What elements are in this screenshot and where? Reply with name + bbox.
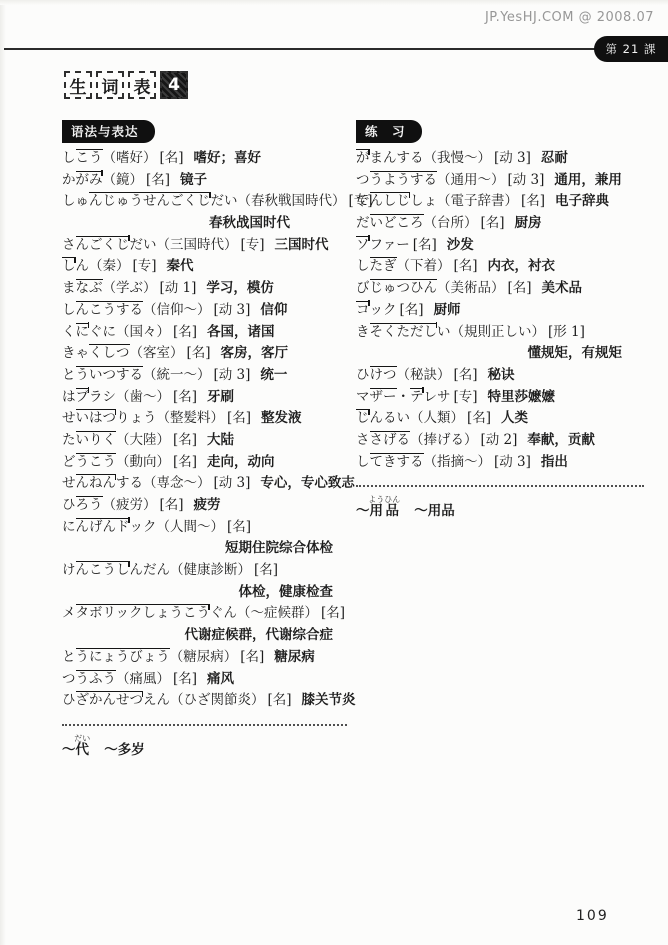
pos-tag: [名] [240, 649, 264, 665]
vocab-entry: ひろう（疲労）[名]疲劳 [62, 495, 347, 517]
vocab-entry: けんこうしんだん（健康診断）[名] [62, 560, 347, 582]
plain-segment: い [437, 324, 451, 341]
reading: きそくただしい [356, 324, 451, 340]
plain-segment: し [62, 302, 76, 319]
plain-segment: つ [356, 172, 370, 189]
pos-tag: [形 1] [548, 324, 585, 340]
accent-segment: んごくじ [76, 236, 130, 254]
meaning: 特里莎嬷嬷 [488, 389, 556, 405]
pos-tag: [名] [268, 692, 292, 708]
meaning: 走向，动向 [207, 454, 275, 470]
reading: じんるい [356, 410, 410, 426]
pos-tag: [动 3] [214, 367, 251, 383]
vocab-entry: コック[名]厨师 [356, 300, 644, 322]
accent-segment: んこうする [76, 301, 144, 319]
plain-segment: し [62, 150, 76, 167]
pos-tag: [名] [173, 389, 197, 405]
reading: ソファー [356, 237, 410, 253]
plain-segment: まんする [370, 150, 424, 167]
kanji-ref: （美術品） [437, 280, 505, 296]
accent-segment: ザー [370, 388, 397, 406]
pos-tag: [动 3] [494, 454, 531, 470]
reading: きゃくしつ [62, 345, 130, 361]
pos-tag: [名] [467, 410, 491, 426]
kanji-ref: （嗜好） [103, 150, 157, 166]
vocab-entry: でんしじしょ（電子辞書）[名]电子辞典 [356, 191, 644, 213]
kanji-ref: （学ぶ） [103, 280, 157, 296]
vocab-entry: せんねんする（専念～）[动 3]专心，专心致志 [62, 473, 347, 495]
meaning: 统一 [260, 367, 287, 383]
pos-tag: [动 1] [160, 280, 197, 296]
vocab-entry: びじゅつひん（美術品）[名]美术品 [356, 278, 644, 300]
suffix-furigana: ようひん [368, 495, 400, 504]
meaning-continuation: 短期住院综合体检 [62, 538, 347, 560]
meaning: 厨房 [515, 215, 542, 231]
plain-segment: せ [62, 410, 76, 427]
kanji-ref: （疲労） [103, 497, 157, 513]
kanji-ref: （台所） [424, 215, 478, 231]
reading: まなぶ [62, 280, 103, 296]
accent-segment: じ [356, 409, 370, 427]
accent-segment: いどころ [370, 214, 424, 232]
vocab-entry: ひけつ（秘訣）[名]秘诀 [356, 365, 644, 387]
kanji-ref: （歯～） [116, 389, 170, 405]
kanji-ref: （人間～） [157, 519, 225, 535]
plain-segment: と [62, 367, 76, 384]
plain-segment: に [62, 519, 76, 536]
pos-tag: [名] [173, 454, 197, 470]
suffix-entry: ～用品ようひん～用品 [356, 495, 644, 521]
accent-segment: がみ [76, 171, 103, 189]
vocab-entry: つうふう（痛風）[名]痛风 [62, 669, 347, 691]
pos-tag: [名] [481, 215, 505, 231]
meaning: 信仰 [260, 302, 287, 318]
meaning: 忍耐 [541, 150, 568, 166]
title-char: 词 [96, 71, 124, 99]
vocab-entry: しゅんじゅうせんごくじだい（春秋戦国時代）[专] [62, 191, 347, 213]
plain-segment: び [356, 280, 370, 297]
kanji-ref: （捧げる） [410, 432, 478, 448]
reading: どうこう [62, 454, 116, 470]
meaning: 代谢症候群，代谢综合症 [185, 627, 334, 643]
accent-segment: ソ [356, 236, 370, 254]
meaning: 各国，诸国 [207, 324, 275, 340]
vocab-entry: メタボリックしょうこうぐん（～症候群）[名] [62, 603, 347, 625]
scanned-textbook-page: JP.YesHJ.COM @ 2008.07 第 21 課 生词表4 语法与表达… [0, 0, 668, 945]
meaning-continuation: 春秋战国时代 [62, 213, 347, 235]
kanji-ref: （整髪料） [157, 410, 225, 426]
meaning: 镜子 [180, 172, 207, 188]
kanji-ref: （下着） [397, 258, 451, 274]
meaning: 指出 [541, 454, 568, 470]
suffix-meaning: ～用品 [414, 503, 455, 519]
accent-segment: うようする [370, 171, 438, 189]
plain-segment: ぐん [210, 605, 237, 622]
reading: とうにょうびょう [62, 649, 170, 665]
plain-segment: つ [62, 671, 76, 688]
plain-segment: ひ [62, 692, 76, 709]
reading: メタボリックしょうこうぐん [62, 605, 237, 621]
reading: でんしじしょ [356, 193, 437, 209]
meaning: 沙发 [447, 237, 474, 253]
pos-tag: [动 3] [214, 475, 251, 491]
meaning: 春秋战国时代 [209, 215, 290, 231]
lesson-tab: 第 21 課 [594, 36, 668, 62]
plain-segment: しゅ [62, 193, 89, 210]
section-header-practice: 练 习 [356, 120, 422, 143]
plain-segment: りょう [116, 410, 157, 427]
column-practice: 练 习 がまんする（我慢～）[动 3]忍耐つうようする（通用～）[动 3]通用，… [356, 120, 644, 521]
accent-segment: コ [356, 301, 370, 319]
reading: がまんする [356, 150, 424, 166]
watermark: JP.YesHJ.COM @ 2008.07 [485, 10, 654, 25]
vocab-entry: たいりく（大陸）[名]大陆 [62, 430, 347, 452]
vocab-entry: きゃくしつ（客室）[名]客房，客厅 [62, 343, 347, 365]
kanji-ref: （専念～） [143, 475, 211, 491]
page-title: 生词表4 [64, 71, 188, 99]
plain-segment: しょ [410, 193, 437, 210]
pos-tag: [名] [321, 605, 345, 621]
plain-segment: マ [356, 389, 370, 406]
accent-segment: テ [410, 388, 424, 406]
plain-segment: け [62, 562, 76, 579]
vocab-entry: しんこうする（信仰～）[动 3]信仰 [62, 300, 347, 322]
kanji-ref: （大陸） [116, 432, 170, 448]
vocab-entry: かがみ（鏡）[名]镜子 [62, 170, 347, 192]
pos-tag: [名] [508, 280, 532, 296]
reading: たいりく [62, 432, 116, 448]
plain-segment: メ [62, 605, 76, 622]
kanji-ref: （人類） [410, 410, 464, 426]
kanji-ref: （電子辞書） [437, 193, 518, 209]
plain-segment: レサ [424, 389, 451, 406]
accent-segment: ざかんせつ [76, 691, 144, 709]
plain-segment: は [62, 389, 76, 406]
accent-segment: ういつする [76, 366, 144, 384]
plain-segment: と [62, 649, 76, 666]
plain-segment: た [62, 432, 76, 449]
accent-segment: うふう [76, 670, 117, 688]
kanji-ref: （規則正しい） [451, 324, 546, 340]
meaning: 奉献，贡献 [527, 432, 595, 448]
accent-segment: じゅつひん [370, 279, 438, 297]
title-number-badge: 4 [160, 71, 188, 99]
plain-segment: んだん [130, 562, 171, 579]
pos-tag: [名] [160, 497, 184, 513]
accent-segment: けつ [370, 366, 397, 384]
vocab-entry: ささげる（捧げる）[动 2]奉献，贡献 [356, 430, 644, 452]
plain-segment: だ [356, 215, 370, 232]
reading: つうふう [62, 671, 116, 687]
scan-top-shade [0, 0, 668, 5]
vocab-entry: はブラシ（歯～）[名]牙刷 [62, 387, 347, 409]
accent-segment: ろう [76, 496, 103, 514]
reading: つうようする [356, 172, 437, 188]
reading: ひけつ [356, 367, 397, 383]
pos-tag: [专] [241, 237, 265, 253]
dotted-line [356, 485, 644, 487]
reading: だいどころ [356, 215, 424, 231]
column-grammar: 语法与表达 しこう（嗜好）[名]嗜好；喜好かがみ（鏡）[名]镜子しゅんじゅうせん… [62, 120, 347, 760]
pos-tag: [名] [454, 367, 478, 383]
vocab-entry: さんごくじだい（三国時代）[专]三国时代 [62, 235, 347, 257]
accent-segment: うにょうびょう [76, 648, 170, 666]
accent-segment: んねん [76, 474, 117, 492]
pos-tag: [名] [173, 432, 197, 448]
plain-segment: ど [62, 454, 76, 471]
reading: さんごくじだい [62, 237, 157, 253]
pos-tag: [动 3] [494, 150, 531, 166]
pos-tag: [名] [454, 258, 478, 274]
kanji-ref: （通用～） [437, 172, 505, 188]
kanji-ref: （～症候群） [237, 605, 318, 621]
plain-segment: する [116, 475, 143, 492]
pos-tag: [动 3] [508, 172, 545, 188]
meaning: 糖尿病 [274, 649, 315, 665]
kanji-ref: （統一～） [143, 367, 211, 383]
meaning: 厨师 [434, 302, 461, 318]
pos-tag: [名] [187, 345, 211, 361]
plain-segment: ん [76, 258, 90, 275]
kanji-ref: （健康診断） [170, 562, 251, 578]
dotted-line [62, 724, 347, 726]
vocab-entry: まなぶ（学ぶ）[动 1]学习，模仿 [62, 278, 347, 300]
vocab-entry: してきする（指摘～）[动 3]指出 [356, 452, 644, 474]
pos-tag: [名] [146, 172, 170, 188]
accent-segment: いりく [76, 431, 117, 449]
title-char: 生 [64, 71, 92, 99]
accent-segment: タボリックしょうこう [76, 604, 210, 622]
meaning: 秘诀 [488, 367, 515, 383]
meaning: 专心，专心致志 [260, 475, 355, 491]
plain-segment: きゃ [62, 345, 89, 362]
kanji-ref: （我慢～） [424, 150, 492, 166]
pos-tag: [动 2] [481, 432, 518, 448]
meaning: 痛风 [207, 671, 234, 687]
reading: せいはつりょう [62, 410, 157, 426]
title-char: 表 [128, 71, 156, 99]
vocab-entry: したぎ（下着）[名]内衣，衬衣 [356, 256, 644, 278]
header-rule [4, 48, 644, 50]
pos-tag: [名] [227, 519, 251, 535]
scan-edge-shade [0, 0, 6, 945]
reading: ささげる [356, 432, 410, 448]
pos-tag: [名] [521, 193, 545, 209]
pos-tag: [名] [173, 671, 197, 687]
vocab-entry: とういつする（統一～）[动 3]统一 [62, 365, 347, 387]
meaning: 整发液 [261, 410, 302, 426]
reading: しゅんじゅうせんごくじだい [62, 193, 238, 209]
pos-tag: [名] [413, 237, 437, 253]
page-number: 109 [576, 908, 609, 924]
meaning: 体检，健康检查 [239, 584, 334, 600]
reading: しん [62, 258, 89, 274]
meaning: 秦代 [167, 258, 194, 274]
plain-segment: さ [62, 237, 76, 254]
plain-segment: んるい [370, 410, 411, 427]
accent-segment: いはつ [76, 409, 117, 427]
kanji-ref: （ひざ関節炎） [170, 692, 265, 708]
reading: はブラシ [62, 389, 116, 405]
plain-segment: し [356, 258, 370, 275]
vocab-entry: つうようする（通用～）[动 3]通用，兼用 [356, 170, 644, 192]
plain-segment: だい [130, 237, 157, 254]
accent-segment: んこうし [76, 561, 130, 579]
plain-segment: だい [211, 193, 238, 210]
reading: マザー・テレサ [356, 389, 451, 405]
vocab-entry: だいどころ（台所）[名]厨房 [356, 213, 644, 235]
entry-list-grammar: しこう（嗜好）[名]嗜好；喜好かがみ（鏡）[名]镜子しゅんじゅうせんごくじだい（… [62, 148, 347, 760]
vocab-entry: しこう（嗜好）[名]嗜好；喜好 [62, 148, 347, 170]
plain-segment: か [62, 172, 76, 189]
pos-tag: [名] [227, 410, 251, 426]
meaning-continuation: 懂规矩，有规矩 [356, 343, 644, 365]
accent-segment: てきする [370, 453, 424, 471]
vocab-entry: がまんする（我慢～）[动 3]忍耐 [356, 148, 644, 170]
plain-segment: き [356, 324, 370, 341]
meaning: 大陆 [207, 432, 234, 448]
meaning: 人类 [501, 410, 528, 426]
meaning: 疲劳 [194, 497, 221, 513]
accent-segment: うこう [76, 453, 117, 471]
reading: せんねんする [62, 475, 143, 491]
kanji-ref: （痛風） [116, 671, 170, 687]
dotted-divider [62, 712, 347, 734]
plain-segment: ・ [397, 389, 411, 406]
reading: とういつする [62, 367, 143, 383]
plain-segment: ラシ [89, 389, 116, 406]
kanji-ref: （鏡） [103, 172, 144, 188]
accent-segment: そくただし [370, 323, 438, 341]
plain-segment: ック [370, 302, 397, 319]
reading: けんこうしんだん [62, 562, 170, 578]
accent-segment: んじゅうせんごくじ [89, 192, 211, 210]
vocab-entry: にんげんドック（人間～）[名] [62, 517, 347, 539]
vocab-entry: とうにょうびょう（糖尿病）[名]糖尿病 [62, 647, 347, 669]
suffix-entry: ～代だい～多岁 [62, 734, 347, 760]
dotted-divider [356, 473, 644, 495]
meaning: 通用，兼用 [554, 172, 622, 188]
kanji-ref: （春秋戦国時代） [238, 193, 346, 209]
plain-segment: く [62, 324, 76, 341]
accent-segment: くしつ [89, 344, 130, 362]
plain-segment: ぐに [89, 324, 116, 341]
plain-segment: ファー [370, 237, 410, 254]
meaning: 三国时代 [275, 237, 329, 253]
meaning: 牙刷 [207, 389, 234, 405]
plain-segment: ひ [356, 367, 370, 384]
suffix-meaning: ～多岁 [104, 742, 145, 758]
suffix-furigana: だい [74, 734, 90, 743]
meaning: 膝关节炎 [302, 692, 356, 708]
pos-tag: [专] [133, 258, 157, 274]
kanji-ref: （国々） [116, 324, 170, 340]
reading: ひざかんせつえん [62, 692, 170, 708]
kanji-ref: （糖尿病） [170, 649, 238, 665]
accent-segment: たぎ [370, 257, 397, 275]
suffix-base: 用品ようひん [370, 503, 401, 519]
vocab-entry: せいはつりょう（整髪料）[名]整发液 [62, 408, 347, 430]
plain-segment: し [356, 454, 370, 471]
section-header-grammar: 语法与表达 [62, 120, 155, 143]
plain-segment: さ [356, 432, 370, 449]
accent-segment: し [62, 257, 76, 275]
pos-tag: [专] [454, 389, 478, 405]
accent-segment: んげんド [76, 518, 130, 536]
pos-tag: [动 3] [214, 302, 251, 318]
accent-segment: が [356, 149, 370, 167]
reading: コック [356, 302, 397, 318]
kanji-ref: （信仰～） [143, 302, 211, 318]
reading: してきする [356, 454, 424, 470]
reading: くにぐに [62, 324, 116, 340]
suffix-base: 代だい [76, 742, 91, 758]
vocab-entry: しん（秦）[专]秦代 [62, 256, 347, 278]
plain-segment: で [356, 193, 370, 210]
plain-segment: ひ [62, 497, 76, 514]
accent-segment: さげる [370, 431, 411, 449]
vocab-entry: ひざかんせつえん（ひざ関節炎）[名]膝关节炎 [62, 690, 347, 712]
kanji-ref: （三国時代） [157, 237, 238, 253]
meaning-continuation: 代谢症候群，代谢综合症 [62, 625, 347, 647]
reading: にんげんドック [62, 519, 157, 535]
plain-segment: ま [62, 280, 76, 297]
meaning: 内衣，衬衣 [488, 258, 556, 274]
accent-segment: に [76, 323, 90, 341]
reading: かがみ [62, 172, 103, 188]
plain-segment: ック [130, 519, 157, 536]
vocab-entry: きそくただしい（規則正しい）[形 1] [356, 322, 644, 344]
vocab-entry: くにぐに（国々）[名]各国，诸国 [62, 322, 347, 344]
meaning: 短期住院综合体检 [225, 540, 333, 556]
vocab-entry: ソファー[名]沙发 [356, 235, 644, 257]
meaning-continuation: 体检，健康检查 [62, 582, 347, 604]
pos-tag: [名] [173, 324, 197, 340]
reading: しこう [62, 150, 103, 166]
kanji-ref: （秘訣） [397, 367, 451, 383]
meaning: 客房，客厅 [221, 345, 289, 361]
reading: したぎ [356, 258, 397, 274]
reading: びじゅつひん [356, 280, 437, 296]
pos-tag: [名] [254, 562, 278, 578]
plain-segment: せ [62, 475, 76, 492]
meaning: 懂规矩，有规矩 [528, 345, 623, 361]
reading: しんこうする [62, 302, 143, 318]
pos-tag: [名] [400, 302, 424, 318]
accent-segment: ブ [76, 388, 90, 406]
meaning: 电子辞典 [555, 193, 609, 209]
pos-tag: [名] [160, 150, 184, 166]
kanji-ref: （動向） [116, 454, 170, 470]
vocab-entry: どうこう（動向）[名]走向，动向 [62, 452, 347, 474]
meaning: 学习，模仿 [206, 280, 274, 296]
meaning: 嗜好；喜好 [194, 150, 262, 166]
kanji-ref: （指摘～） [424, 454, 492, 470]
vocab-entry: じんるい（人類）[名]人类 [356, 408, 644, 430]
kanji-ref: （秦） [89, 258, 130, 274]
reading: ひろう [62, 497, 103, 513]
accent-segment: なぶ [76, 279, 103, 297]
plain-segment: えん [143, 692, 170, 709]
kanji-ref: （客室） [130, 345, 184, 361]
accent-segment: んしじ [370, 192, 411, 210]
vocab-entry: マザー・テレサ[专]特里莎嬷嬷 [356, 387, 644, 409]
meaning: 美术品 [542, 280, 583, 296]
entry-list-practice: がまんする（我慢～）[动 3]忍耐つうようする（通用～）[动 3]通用，兼用でん… [356, 148, 644, 521]
accent-segment: こう [76, 149, 103, 167]
